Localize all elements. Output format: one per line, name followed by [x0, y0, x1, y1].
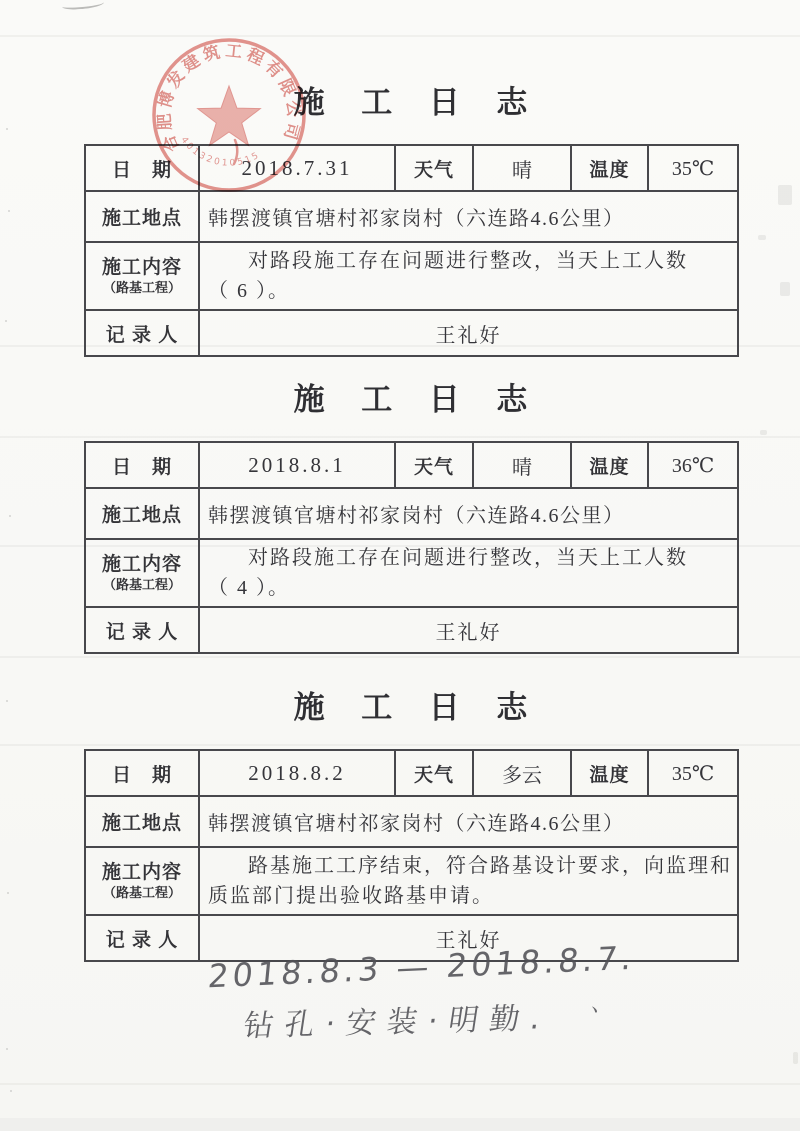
weather-value: 晴: [473, 145, 571, 191]
content-value: 对路段施工存在问题进行整改，当天上工人数 （ 4 ）。: [199, 539, 738, 607]
handwritten-note: 钻孔·安装·明勤.: [241, 993, 555, 1045]
recorder-label: 记 录 人: [85, 310, 199, 356]
date-label: 日 期: [85, 442, 199, 488]
content-line-2: （ 4 ）。: [208, 573, 729, 603]
content-label: 施工内容 （路基工程）: [85, 539, 199, 607]
scan-artifact-corner: [62, 0, 105, 10]
scan-streak: [0, 1083, 800, 1085]
scan-smudge: [758, 235, 766, 240]
scan-band: [0, 1118, 800, 1131]
scan-streak: [0, 35, 800, 37]
content-label-main: 施工内容: [94, 256, 190, 280]
location-label: 施工地点: [85, 796, 199, 847]
log-table-2: 日 期 2018.8.1 天气 晴 温度 36℃ 施工地点 韩摆渡镇官塘村祁家岗…: [84, 441, 739, 654]
date-value: 2018.8.2: [199, 750, 395, 796]
seal-serial-number: 40132010515: [178, 135, 262, 168]
company-seal: 合肥博发建筑工程有限公司 40132010515: [148, 34, 310, 196]
location-value: 韩摆渡镇官塘村祁家岗村（六连路4.6公里）: [199, 796, 738, 847]
location-label: 施工地点: [85, 191, 199, 242]
weather-label: 天气: [395, 145, 473, 191]
log-block-3: 施 工 日 志 日 期 2018.8.2 天气 多云 温度 35℃ 施工地点 韩…: [84, 689, 737, 962]
content-label-main: 施工内容: [94, 553, 190, 577]
content-label-sub: （路基工程）: [94, 577, 190, 593]
log-table-3: 日 期 2018.8.2 天气 多云 温度 35℃ 施工地点 韩摆渡镇官塘村祁家…: [84, 749, 739, 962]
scan-smudge: [778, 185, 792, 205]
content-label: 施工内容 （路基工程）: [85, 847, 199, 915]
content-line-2: （ 6 ）。: [208, 276, 729, 306]
scan-speck: [5, 320, 7, 322]
star-icon: [198, 86, 261, 145]
scan-smudge: [780, 282, 790, 296]
recorder-label: 记 录 人: [85, 915, 199, 961]
scan-speck: [7, 892, 9, 894]
content-label-sub: （路基工程）: [94, 885, 190, 901]
content-label-sub: （路基工程）: [94, 280, 190, 296]
content-line-1: 对路段施工存在问题进行整改，当天上工人数: [208, 246, 729, 276]
temperature-label: 温度: [571, 442, 648, 488]
scan-speck: [6, 1048, 8, 1050]
recorder-label: 记 录 人: [85, 607, 199, 653]
recorder-value: 王礼好: [199, 607, 738, 653]
scan-speck: [6, 128, 8, 130]
log-block-2: 施 工 日 志 日 期 2018.8.1 天气 晴 温度 36℃ 施工地点 韩摆…: [84, 381, 737, 654]
scanned-document-page: 合肥博发建筑工程有限公司 40132010515 施 工 日 志 日 期 201…: [0, 0, 800, 1131]
content-line-1: 对路段施工存在问题进行整改，当天上工人数: [208, 543, 729, 573]
weather-label: 天气: [395, 442, 473, 488]
content-value: 路基施工工序结束，符合路基设计要求，向监理和 质监部门提出验收路基申请。: [199, 847, 738, 915]
scan-speck: [9, 515, 11, 517]
temperature-value: 35℃: [648, 145, 738, 191]
content-line-1: 路基施工工序结束，符合路基设计要求，向监理和: [208, 851, 729, 881]
date-value: 2018.8.1: [199, 442, 395, 488]
page-title: 施 工 日 志: [84, 689, 737, 727]
temperature-label: 温度: [571, 145, 648, 191]
page-title: 施 工 日 志: [84, 381, 737, 419]
temperature-value: 35℃: [648, 750, 738, 796]
content-label-main: 施工内容: [94, 861, 190, 885]
weather-label: 天气: [395, 750, 473, 796]
content-line-2: 质监部门提出验收路基申请。: [208, 881, 729, 911]
location-label: 施工地点: [85, 488, 199, 539]
temperature-label: 温度: [571, 750, 648, 796]
scan-speck: [10, 1090, 12, 1092]
handwritten-comma: 、: [589, 986, 616, 1020]
scan-streak: [0, 656, 800, 658]
weather-value: 晴: [473, 442, 571, 488]
content-value: 对路段施工存在问题进行整改，当天上工人数 （ 6 ）。: [199, 242, 738, 310]
location-value: 韩摆渡镇官塘村祁家岗村（六连路4.6公里）: [199, 191, 738, 242]
scan-smudge: [793, 1052, 798, 1064]
location-value: 韩摆渡镇官塘村祁家岗村（六连路4.6公里）: [199, 488, 738, 539]
temperature-value: 36℃: [648, 442, 738, 488]
scan-speck: [8, 210, 10, 212]
content-label: 施工内容 （路基工程）: [85, 242, 199, 310]
weather-value: 多云: [473, 750, 571, 796]
scan-smudge: [760, 430, 767, 435]
scan-speck: [6, 700, 8, 702]
date-label: 日 期: [85, 750, 199, 796]
recorder-value: 王礼好: [199, 310, 738, 356]
